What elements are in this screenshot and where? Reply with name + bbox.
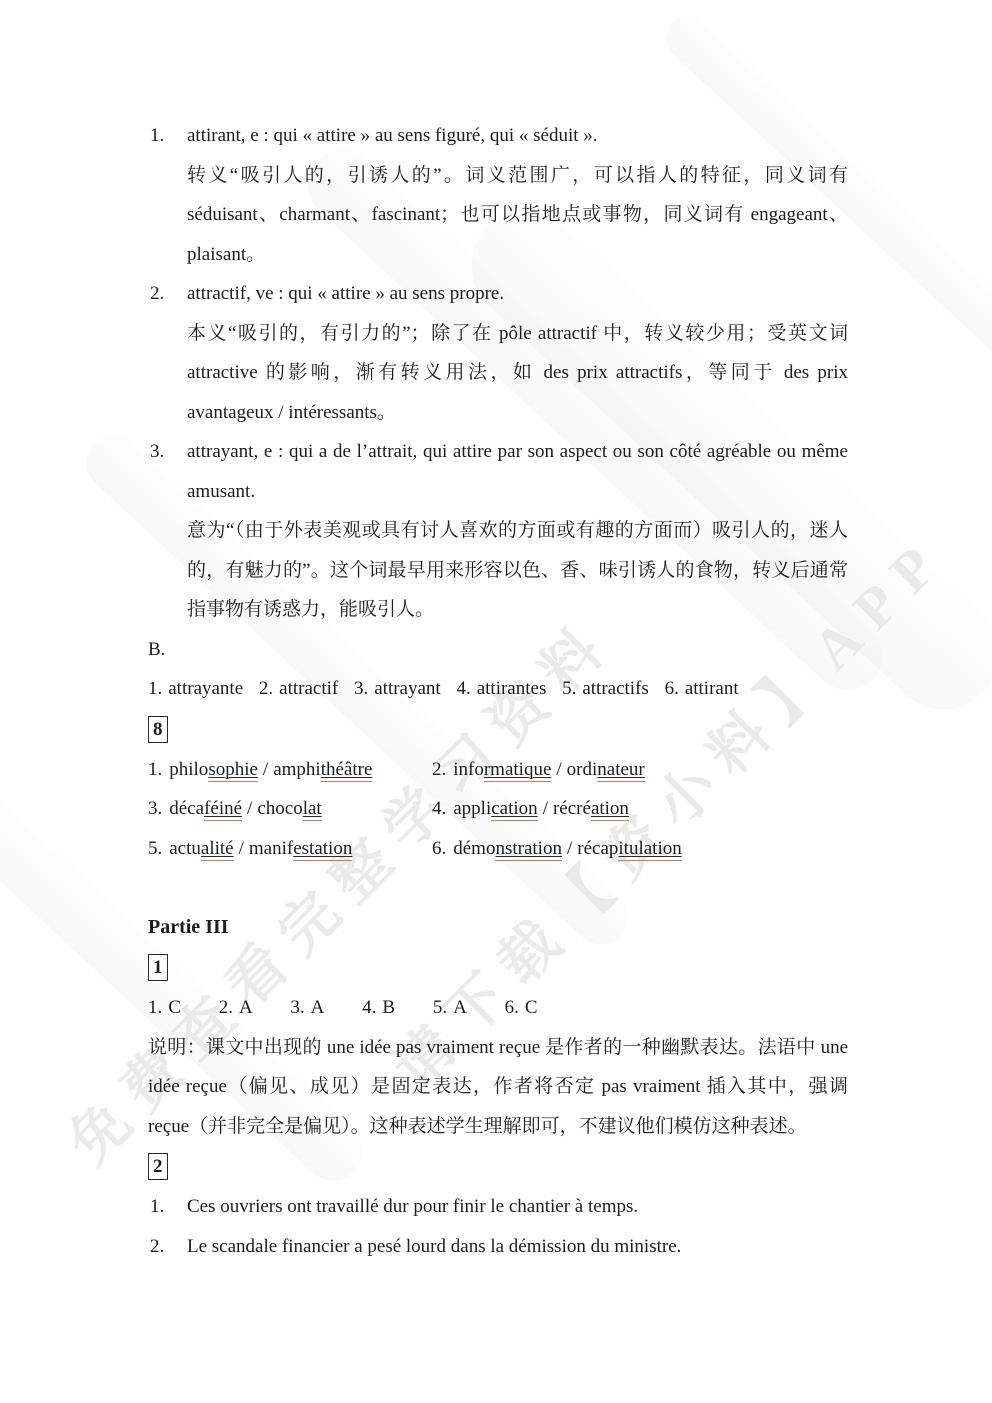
pair-item-4: 4.application/récréation — [432, 789, 848, 829]
partie-iii-title: Partie III — [148, 908, 848, 948]
french-definition: attractif, ve : qui « attire » au sens p… — [187, 274, 848, 314]
apocope-cut: théâtre — [321, 759, 373, 782]
answer-item: 6.attirant — [665, 678, 739, 699]
pair-item-3: 3.décaféiné/chocolat — [148, 789, 432, 829]
exercise-8-header: 8 — [148, 709, 848, 750]
section-b-answers: 1.attrayante 2.attractif 3.attrayant 4.a… — [148, 669, 848, 709]
answer-item: 3.attrayant — [354, 678, 441, 699]
answer-item: 4.B — [362, 997, 395, 1018]
document-page: 免费查看完整学习资料 请下载【资小料】APP 1. attirant, e : … — [0, 0, 992, 1403]
answer-item: 4.attirantes — [456, 678, 546, 699]
document-content: 1. attirant, e : qui « attire » au sens … — [148, 116, 848, 1266]
item-number: 2. — [150, 1227, 164, 1267]
blank-line — [148, 868, 848, 908]
answer-item: 1.C — [148, 997, 181, 1018]
exercise-8-pairs: 1.philosophie/amphithéâtre 2.informatiqu… — [148, 750, 848, 869]
exercise-2-header: 2 — [148, 1146, 848, 1187]
pair-item-2: 2.informatique/ordinateur — [432, 750, 848, 790]
chinese-explanation: 意为“（由于外表美观或具有讨人喜欢的方面或有趣的方面而）吸引人的，迷人的，有魅力… — [187, 511, 848, 630]
chinese-explanation: 本义“吸引的，有引力的”；除了在 pôle attractif 中，转义较少用；… — [187, 314, 848, 433]
apocope-cut: ation — [591, 798, 629, 821]
french-definition: attrayant, e : qui a de l’attrait, qui a… — [187, 432, 848, 511]
apocope-cut: nstration — [495, 838, 562, 861]
apocope-cut: lat — [303, 798, 322, 821]
item-number: 1. — [150, 1187, 164, 1227]
sentence-item-2: 2. Le scandale financier a pesé lourd da… — [148, 1227, 848, 1267]
exercise-1-answers: 1.C 2.A 3.A 4.B 5.A 6.C — [148, 988, 848, 1028]
sentence-item-1: 1. Ces ouvriers ont travaillé dur pour f… — [148, 1187, 848, 1227]
answer-item: 6.C — [505, 997, 538, 1018]
apocope-cut: alité — [201, 838, 234, 861]
apocope-cut: nateur — [597, 759, 644, 782]
item-number: 3. — [150, 432, 164, 472]
french-definition: attirant, e : qui « attire » au sens fig… — [187, 116, 848, 156]
apocope-cut: itulation — [618, 838, 681, 861]
item-number: 1. — [150, 116, 164, 156]
section-b-label: B. — [148, 630, 848, 670]
vocab-item-2: 2. attractif, ve : qui « attire » au sen… — [148, 274, 848, 432]
apocope-cut: cation — [491, 798, 537, 821]
exercise-number-box: 1 — [148, 954, 168, 981]
pair-item-6: 6.démonstration/récapitulation — [432, 829, 848, 869]
answer-item: 3.A — [290, 997, 324, 1018]
exercise-1-header: 1 — [148, 947, 848, 988]
answer-item: 5.attractifs — [562, 678, 649, 699]
chinese-explanation: 转义“吸引人的，引诱人的”。词义范围广，可以指人的特征，同义词有 séduisa… — [187, 156, 848, 275]
answer-item: 2.A — [219, 997, 253, 1018]
apocope-cut: rmatique — [484, 759, 552, 782]
pair-item-1: 1.philosophie/amphithéâtre — [148, 750, 432, 790]
exercise-number-box: 8 — [148, 716, 168, 743]
answer-item: 2.attractif — [259, 678, 338, 699]
sentence-text: Le scandale financier a pesé lourd dans … — [187, 1227, 848, 1267]
apocope-cut: estation — [293, 838, 352, 861]
pair-item-5: 5.actualité/manifestation — [148, 829, 432, 869]
exercise-number-box: 2 — [148, 1153, 168, 1180]
vocab-item-1: 1. attirant, e : qui « attire » au sens … — [148, 116, 848, 274]
vocab-item-3: 3. attrayant, e : qui a de l’attrait, qu… — [148, 432, 848, 630]
exercise-1-note: 说明：课文中出现的 une idée pas vraiment reçue 是作… — [148, 1028, 848, 1147]
item-number: 2. — [150, 274, 164, 314]
answer-item: 5.A — [433, 997, 467, 1018]
apocope-cut: sophie — [208, 759, 258, 782]
apocope-cut: féiné — [204, 798, 242, 821]
sentence-text: Ces ouvriers ont travaillé dur pour fini… — [187, 1187, 848, 1227]
answer-item: 1.attrayante — [148, 678, 243, 699]
